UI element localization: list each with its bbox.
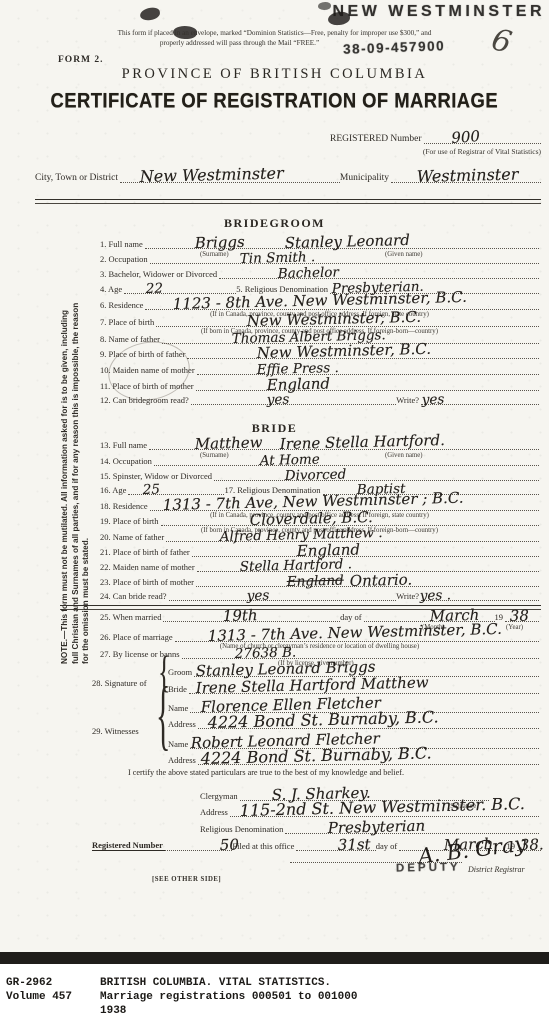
registration-number-value: 50 xyxy=(220,836,240,854)
dotted-line xyxy=(150,252,539,264)
dotted-line xyxy=(191,393,396,405)
groom-occupation: Tin Smith . xyxy=(240,249,316,267)
field-label: 7. Place of birth xyxy=(100,317,156,327)
mail-notice-line1: This form if placed in an envelope, mark… xyxy=(70,29,479,37)
field-label: 6. Residence xyxy=(100,300,145,310)
certification-statement: I certify the above stated particulars a… xyxy=(128,768,404,777)
deputy-stamp: DEPUTY xyxy=(396,861,461,874)
clergyman-denomination-label: Religious Denomination xyxy=(200,824,285,834)
city-rubber-stamp: NEW WESTMINSTER xyxy=(333,3,546,21)
field-label: 1. Full name xyxy=(100,239,145,249)
field-label: 23. Place of birth of mother xyxy=(100,577,196,587)
witness-name-label: Name xyxy=(168,703,190,713)
municipality-value: Westminster xyxy=(417,165,519,186)
write-label: Write? xyxy=(396,591,421,601)
dotted-line xyxy=(169,589,397,601)
field-label: 22. Maiden name of mother xyxy=(100,562,197,572)
registered-number-label: REGISTERED Number xyxy=(330,134,424,144)
witnesses-label: 29. Witnesses xyxy=(92,726,141,736)
bride-surname: Matthew xyxy=(195,433,263,453)
dotted-line xyxy=(424,132,541,144)
field-label: 3. Bachelor, Widower or Divorced xyxy=(100,269,219,279)
bride-can-read: yes xyxy=(247,587,270,604)
clergyman-address-label: Address xyxy=(200,807,230,817)
municipality-label: Municipality xyxy=(340,173,391,183)
bridegroom-section-title: BRIDEGROOM xyxy=(0,216,549,231)
serial-number-stamp: 38-09-457900 xyxy=(343,38,446,57)
groom-surname: Briggs xyxy=(195,233,245,252)
witness-address-label: Address xyxy=(168,719,198,729)
field-label: 15. Spinster, Widow or Divorced xyxy=(100,471,214,481)
province-heading: PROVINCE OF BRITISH COLUMBIA xyxy=(0,66,549,83)
field-label: 14. Occupation xyxy=(100,456,154,466)
scanned-certificate-page: NEW WESTMINSTER 6 This form if placed in… xyxy=(0,0,549,1024)
district-registrar-label: District Registrar xyxy=(468,865,525,874)
write-label: Write? xyxy=(396,395,421,405)
ink-smudge xyxy=(328,11,351,26)
field-label: 20. Name of father xyxy=(100,532,166,542)
witness-name-label: Name xyxy=(168,739,190,749)
filed-label: Filed at this office xyxy=(232,841,296,851)
field-label: 19. Place of birth xyxy=(100,516,161,526)
field-label: 26. Place of marriage xyxy=(100,632,175,642)
see-other-side-note: [SEE OTHER SIDE] xyxy=(152,876,221,883)
dotted-line xyxy=(197,363,539,375)
catalog-volume: Volume 457 xyxy=(6,991,72,1003)
margin-instruction-note: NOTE.—This form must not be mutilated. A… xyxy=(60,296,92,664)
field-label: 13. Full name xyxy=(100,440,149,450)
field-label: 4. Age xyxy=(100,284,124,294)
clergyman-label: Clergyman xyxy=(200,791,240,801)
field-label: 25. When married xyxy=(100,612,163,622)
marriage-year: 38 xyxy=(510,607,530,625)
groom-signature-label: Groom xyxy=(168,667,194,677)
dotted-line xyxy=(154,454,539,466)
ink-smudge xyxy=(318,2,331,10)
marriage-day: 19th xyxy=(223,606,258,625)
witness-address-label: Address xyxy=(168,755,198,765)
city-district-label: City, Town or District xyxy=(35,173,120,183)
groom-age: 22 xyxy=(146,281,164,297)
groom-can-read: yes xyxy=(267,391,290,408)
groom-can-write: yes xyxy=(422,391,445,408)
dotted-line xyxy=(214,469,539,481)
catalog-title: BRITISH COLUMBIA. VITAL STATISTICS. xyxy=(100,977,331,989)
groom-marital-status: Bachelor xyxy=(278,265,339,282)
dotted-line xyxy=(124,282,236,294)
bride-signature-label: Bride xyxy=(168,684,189,694)
dotted-line xyxy=(192,545,539,557)
city-district-value: New Westminster xyxy=(140,163,284,186)
archive-catalog-footer: GR-2962 Volume 457 BRITISH COLUMBIA. VIT… xyxy=(0,964,549,1024)
catalog-range: Marriage registrations 000501 to 001000 xyxy=(100,991,357,1003)
registered-number-value: 900 xyxy=(451,127,481,147)
signature-of-label: 28. Signature of xyxy=(92,678,149,688)
field-label: 24. Can bride read? xyxy=(100,591,169,601)
clergyman-denomination: Presbyterian xyxy=(328,817,426,837)
field-label: 18. Residence xyxy=(100,501,150,511)
catalog-gr-number: GR-2962 xyxy=(6,977,52,989)
field-label: 21. Place of birth of father xyxy=(100,547,192,557)
bride-can-write: yes . xyxy=(420,587,452,604)
registrar-use-note: (For use of Registrar of Vital Statistic… xyxy=(423,147,541,156)
dotted-line xyxy=(196,379,539,391)
handwritten-page-mark: 6 xyxy=(488,22,515,61)
form-number: FORM 2. xyxy=(58,55,104,65)
day-of-label: day of xyxy=(340,612,363,622)
section-divider xyxy=(35,199,541,204)
field-label: 16. Age xyxy=(100,485,128,495)
registered-number-bottom-label: Registered Number xyxy=(92,840,165,851)
bride-age: 25 xyxy=(143,482,161,498)
ink-smudge xyxy=(139,7,160,22)
catalog-year: 1938 xyxy=(100,1005,126,1017)
certificate-title: CERTIFICATE OF REGISTRATION OF MARRIAGE xyxy=(51,89,499,114)
scan-edge-band xyxy=(0,952,549,964)
field-label: 2. Occupation xyxy=(100,254,150,264)
dotted-line xyxy=(219,267,539,279)
